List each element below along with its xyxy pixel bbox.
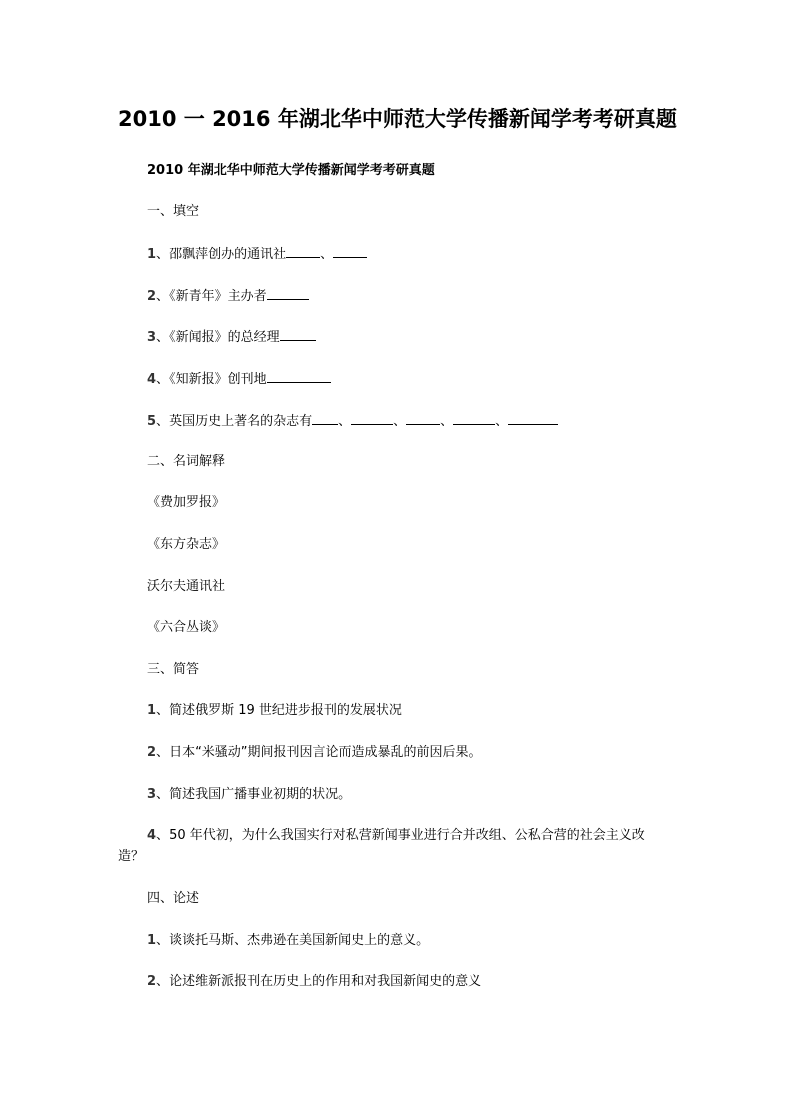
answer-blank (286, 243, 320, 258)
separator: 、 (156, 745, 169, 760)
question-number: 2 (147, 974, 156, 989)
exam-year-subtitle: 2010 年湖北华中师范大学传播新闻学考考研真题 (118, 160, 664, 181)
question-item: 4、50 年代初，为什么我国实行对私营新闻事业进行合并改组、公私合营的社会主义改… (118, 825, 664, 867)
separator: 、 (440, 414, 453, 429)
question-text: 《知新报》创刊地 (169, 372, 267, 387)
question-text: 简述俄罗斯 19 世纪进步报刊的发展状况 (169, 703, 402, 718)
separator: 、 (156, 703, 169, 718)
separator: 、 (320, 247, 333, 262)
answer-blank (351, 410, 393, 425)
separator: 、 (156, 289, 169, 304)
question-item: 2、论述维新派报刊在历史上的作用和对我国新闻史的意义 (118, 971, 664, 992)
question-item: 1、邵飘萍创办的通讯社、 (118, 243, 664, 265)
question-item: 2、日本“米骚动”期间报刊因言论而造成暴乱的前因后果。 (118, 742, 664, 763)
section-heading-term-explanation: 二、名词解释 (118, 451, 664, 472)
question-item: 3、《新闻报》的总经理 (118, 326, 664, 348)
separator: 、 (156, 372, 169, 387)
question-text: 日本“米骚动”期间报刊因言论而造成暴乱的前因后果。 (169, 745, 481, 760)
separator: 、 (393, 414, 406, 429)
question-text: 《新青年》主办者 (169, 289, 267, 304)
question-number: 3 (147, 787, 156, 802)
separator: 、 (156, 787, 169, 802)
section-heading-essay: 四、论述 (118, 888, 664, 909)
question-number: 1 (147, 933, 156, 948)
answer-blank (333, 243, 367, 258)
separator: 、 (495, 414, 508, 429)
term-item: 沃尔夫通讯社 (118, 576, 664, 597)
question-text: 论述维新派报刊在历史上的作用和对我国新闻史的意义 (169, 974, 481, 989)
separator: 、 (338, 414, 351, 429)
answer-blank (312, 410, 338, 425)
answer-blank (508, 410, 558, 425)
question-text: 邵飘萍创办的通讯社 (169, 247, 286, 262)
question-item: 4、《知新报》创刊地 (118, 368, 664, 390)
question-item: 1、谈谈托马斯、杰弗逊在美国新闻史上的意义。 (118, 930, 664, 951)
separator: 、 (156, 330, 169, 345)
question-text: 50 年代初，为什么我国实行对私营新闻事业进行合并改组、公私合营的社会主义改造？ (118, 828, 645, 864)
answer-blank (406, 410, 440, 425)
question-item: 5、英国历史上著名的杂志有、、、、 (118, 410, 664, 432)
question-text: 《新闻报》的总经理 (169, 330, 280, 345)
separator: 、 (156, 414, 169, 429)
question-number: 2 (147, 289, 156, 304)
answer-blank (280, 326, 316, 341)
question-number: 3 (147, 330, 156, 345)
question-number: 5 (147, 414, 156, 429)
document-title: 2010 一 2016 年湖北华中师范大学传播新闻学考考研真题 (118, 103, 664, 133)
answer-blank (267, 368, 331, 383)
term-item: 《东方杂志》 (118, 534, 664, 555)
question-number: 1 (147, 703, 156, 718)
answer-blank (453, 410, 495, 425)
question-item: 3、简述我国广播事业初期的状况。 (118, 784, 664, 805)
separator: 、 (156, 933, 169, 948)
question-item: 1、简述俄罗斯 19 世纪进步报刊的发展状况 (118, 700, 664, 721)
separator: 、 (156, 828, 169, 843)
separator: 、 (156, 247, 169, 262)
question-number: 4 (147, 828, 156, 843)
question-number: 1 (147, 247, 156, 262)
question-item: 2、《新青年》主办者 (118, 285, 664, 307)
separator: 、 (156, 974, 169, 989)
question-number: 4 (147, 372, 156, 387)
question-number: 2 (147, 745, 156, 760)
question-text: 英国历史上著名的杂志有 (169, 414, 312, 429)
term-item: 《六合丛谈》 (118, 617, 664, 638)
question-text: 简述我国广播事业初期的状况。 (169, 787, 351, 802)
answer-blank (267, 285, 309, 300)
term-item: 《费加罗报》 (118, 492, 664, 513)
section-heading-short-answer: 三、简答 (118, 659, 664, 680)
section-heading-fill-blank: 一、填空 (118, 201, 664, 222)
question-text: 谈谈托马斯、杰弗逊在美国新闻史上的意义。 (169, 933, 429, 948)
